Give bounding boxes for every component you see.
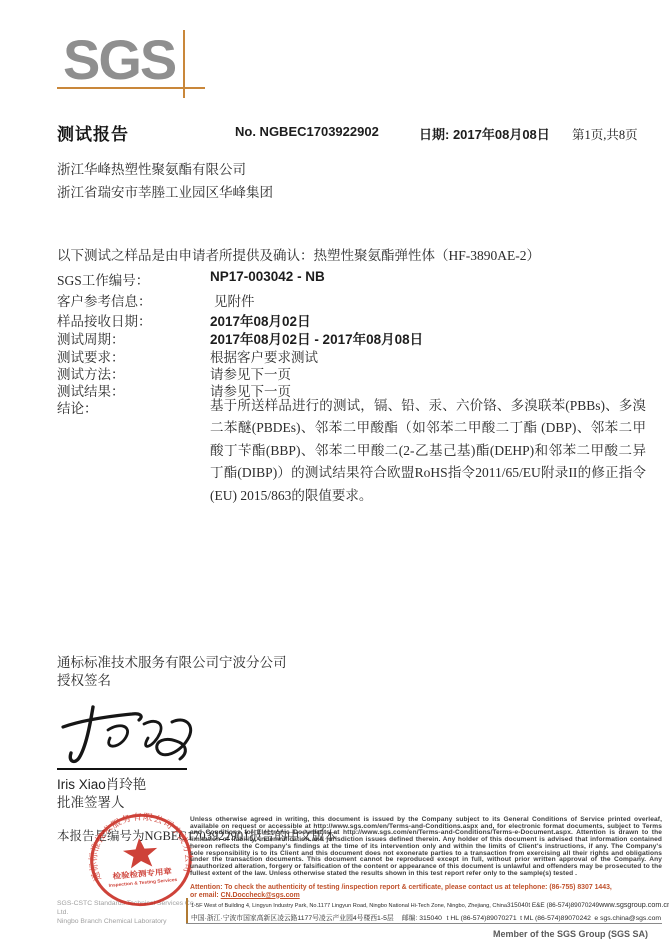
- legal-disclaimer: Unless otherwise agreed in writing, this…: [190, 817, 662, 877]
- logo-crop-mark-vertical: [183, 30, 185, 98]
- field-value-test-period: 2017年08月02日 - 2017年08月08日: [210, 328, 423, 348]
- field-label-job-no: SGS工作编号：: [57, 269, 149, 289]
- attention-email-prefix: or email:: [190, 892, 221, 899]
- address-row-cn: 中国·浙江·宁波市国家高新区凌云路1177号凌云产业园4号楼西1-5层 邮编: …: [191, 912, 661, 922]
- issuer-company: 通标标准技术服务有限公司宁波分公司: [57, 651, 287, 671]
- tel-hl: t HL (86-574)89070271: [447, 915, 517, 922]
- sample-statement: 以下测试之样品是由申请者所提供及确认：热塑性聚氨酯弹性体（HF-3890AE-2…: [57, 244, 540, 264]
- stamp-star: [122, 837, 159, 869]
- applicant-address: 浙江省瑞安市莘塍工业园区华峰集团: [57, 181, 273, 201]
- signer-title: 批准签署人: [57, 791, 125, 811]
- tel-en: t E&E (86-574)89070249: [528, 902, 599, 909]
- attention-note: Attention: To check the authenticity of …: [190, 884, 662, 899]
- page-count: 第1页,共8页: [572, 125, 638, 143]
- signature-underline: [57, 768, 187, 770]
- conclusion-text: 基于所送样品进行的测试，镉、铅、汞、六价铬、多溴联苯(PBBs)、多溴二苯醚(P…: [210, 395, 646, 507]
- attention-line2: or email: CN.Doccheck@sgs.com: [190, 892, 662, 900]
- field-value-client-ref: 见附件: [214, 290, 255, 310]
- email-cn: e sgs.china@sgs.com: [594, 915, 661, 922]
- authorized-signature-label: 授权签名: [57, 669, 111, 689]
- report-date: 日期: 2017年08月08日: [419, 124, 550, 143]
- field-value-job-no: NP17-003042 - NB: [210, 269, 325, 284]
- postcode-en: 315040: [507, 902, 528, 909]
- address-en: 1-5F West of Building 4, Lingyun Industr…: [191, 903, 507, 909]
- address-cn: 中国·浙江·宁波市国家高新区凌云路1177号凌云产业园4号楼西1-5层: [191, 912, 394, 922]
- conclusion-label: 结论：: [57, 397, 98, 417]
- address-row-en: 1-5F West of Building 4, Lingyun Industr…: [191, 900, 661, 909]
- postcode-cn: 邮编: 315040: [402, 912, 442, 922]
- field-label-test-period: 测试周期：: [57, 328, 125, 348]
- footer-horizontal-divider: [186, 923, 662, 924]
- sgs-logo-text: SGS: [63, 28, 175, 91]
- test-report-page: SGS 测试报告 No. NGBEC1703922902 日期: 2017年08…: [0, 0, 669, 947]
- signer-name: Iris Xiao肖玲艳: [57, 773, 146, 793]
- sgs-logo: SGS: [63, 33, 175, 87]
- field-label-received-date: 样品接收日期：: [57, 310, 152, 330]
- sgs-member-line: Member of the SGS Group (SGS SA): [0, 929, 648, 939]
- company-stamp: 通标标准技术服务有限公司宁波分公司 检验检测专用章 Inspection & T…: [84, 808, 198, 913]
- tel-ml: t ML (86-574)89070242: [520, 915, 591, 922]
- website: www.sgsgroup.com.cn: [599, 900, 669, 909]
- footer-vertical-divider: [186, 898, 188, 923]
- attention-line1: Attention: To check the authenticity of …: [190, 884, 662, 892]
- report-number: No. NGBEC1703922902: [235, 124, 379, 139]
- lab-name-line2: Ningbo Branch Chemical Laboratory: [57, 917, 207, 926]
- field-label-client-ref: 客户参考信息：: [57, 290, 152, 310]
- page-title: 测试报告: [57, 120, 129, 145]
- applicant-company: 浙江华峰热塑性聚氨酯有限公司: [57, 158, 246, 178]
- handwritten-signature: [58, 697, 210, 769]
- field-value-received-date: 2017年08月02日: [210, 310, 311, 330]
- doccheck-email: CN.Doccheck@sgs.com: [221, 892, 300, 899]
